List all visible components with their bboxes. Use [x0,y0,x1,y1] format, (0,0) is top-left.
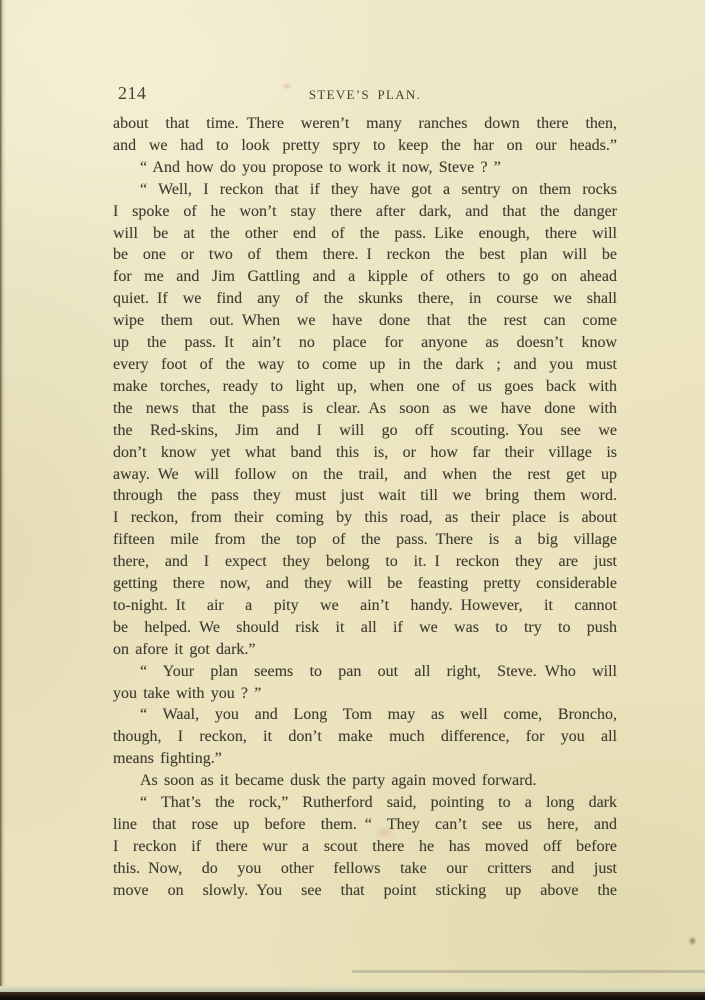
text-line: fifteen mile from the top of the pass. T… [113,529,617,551]
text-line: don’t know yet what band this is, or how… [113,442,617,464]
text-line: there, and I expect they belong to it. I… [113,551,617,573]
text-line: to-night. It air a pity we ain’t handy. … [113,595,617,617]
running-head: 214 STEVE’S PLAN. [113,81,617,103]
paragraph: As soon as it became dusk the party agai… [113,770,617,792]
text-line: “ Your plan seems to pan out all right, … [113,661,617,683]
text-line: on afore it got dark.” [113,639,617,661]
text-line: “ Well, I reckon that if they have got a… [113,179,617,201]
paragraph: about that time. There weren’t many ranc… [113,113,617,157]
text-line: “ Waal, you and Long Tom may as well com… [113,704,617,726]
paragraph: “ And how do you propose to work it now,… [113,157,617,179]
page-number: 214 [118,84,147,102]
text-line: be one or two of them there. I reckon th… [113,244,617,266]
text-line: for me and Jim Gattling and a kipple of … [113,266,617,288]
text-line: “ And how do you propose to work it now,… [113,157,617,179]
paragraph: “ Waal, you and Long Tom may as well com… [113,704,617,770]
text-line: wipe them out. When we have done that th… [113,310,617,332]
paragraph: “ Your plan seems to pan out all right, … [113,661,617,705]
text-line: “ That’s the rock,” Rutherford said, poi… [113,792,617,814]
text-line: line that rose up before them. “ They ca… [113,814,617,836]
text-line: though, I reckon, it don’t make much dif… [113,726,617,748]
text-line: you take with you ? ” [113,683,617,705]
text-line: I reckon if there wur a scout there he h… [113,836,617,858]
text-line: every foot of the way to come up in the … [113,354,617,376]
page-body: about that time. There weren’t many ranc… [113,113,617,902]
text-line: getting there now, and they will be feas… [113,573,617,595]
text-line: up the pass. It ain’t no place for anyon… [113,332,617,354]
book-page-scan: 214 STEVE’S PLAN. about that time. There… [0,0,705,1000]
text-line: I spoke of he won’t stay there after dar… [113,201,617,223]
page-bottom-edge [0,992,705,1000]
page-left-edge [0,0,6,1000]
paragraph: “ That’s the rock,” Rutherford said, poi… [113,792,617,902]
text-line: I reckon, from their coming by this road… [113,507,617,529]
text-line: make torches, ready to light up, when on… [113,376,617,398]
text-line: move on slowly. You see that point stick… [113,880,617,902]
text-line: about that time. There weren’t many ranc… [113,113,617,135]
paper-stain [688,936,697,946]
text-line: away. We will follow on the trail, and w… [113,464,617,486]
text-column: 214 STEVE’S PLAN. about that time. There… [113,81,617,902]
text-line: and we had to look pretty spry to keep t… [113,135,617,157]
text-line: means fighting.” [113,748,617,770]
text-line: this. Now, do you other fellows take our… [113,858,617,880]
text-line: be helped. We should risk it all if we w… [113,617,617,639]
text-line: the news that the pass is clear. As soon… [113,398,617,420]
text-line: will be at the other end of the pass. Li… [113,223,617,245]
running-title: STEVE’S PLAN. [309,88,421,101]
scan-shadow-streak [352,970,705,973]
text-line: As soon as it became dusk the party agai… [113,770,617,792]
text-line: the Red-skins, Jim and I will go off sco… [113,420,617,442]
text-line: quiet. If we find any of the skunks ther… [113,288,617,310]
text-line: through the pass they must just wait til… [113,485,617,507]
paragraph: “ Well, I reckon that if they have got a… [113,179,617,661]
